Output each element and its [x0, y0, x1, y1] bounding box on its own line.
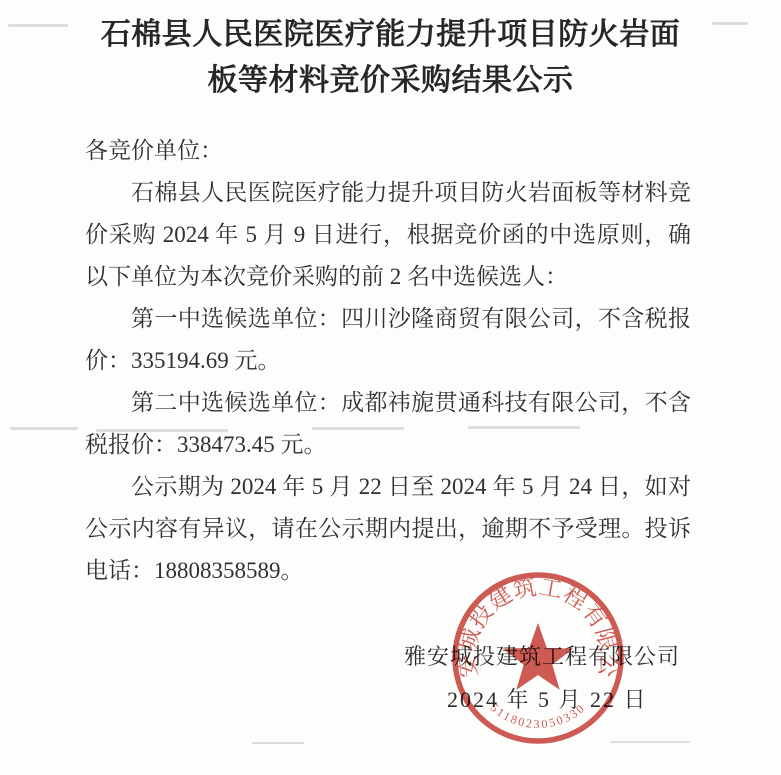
body-line: 公示内容有异议，请在公示期内提出，逾期不予受理。投诉	[85, 508, 691, 550]
seal-number-holder: 5118023050330	[488, 700, 589, 731]
body-line: 第一中选候选单位：四川沙隆商贸有限公司，不含税报	[85, 298, 691, 340]
body-line: 税报价：338473.45 元。	[85, 424, 691, 466]
page-title-line1: 石棉县人民医院医疗能力提升项目防火岩面	[101, 18, 681, 51]
body-line: 石棉县人民医院医疗能力提升项目防火岩面板等材料竞	[85, 172, 691, 214]
page-title-line2: 板等材料竞价采购结果公示	[208, 64, 574, 97]
body-line: 公示期为 2024 年 5 月 22 日至 2024 年 5 月 24 日，如对	[85, 466, 691, 508]
seal-star-icon	[503, 623, 573, 690]
page-title: 石棉县人民医院医疗能力提升项目防火岩面板等材料竞价采购结果公示	[61, 12, 721, 104]
scan-artifact	[10, 427, 78, 430]
scanned-document-page: 石棉县人民医院医疗能力提升项目防火岩面板等材料竞价采购结果公示 各竞价单位：石棉…	[0, 0, 781, 775]
company-seal: 雅安城投建筑工程有限公司 5118023050330	[438, 558, 638, 758]
scan-artifact	[8, 24, 68, 27]
body-line: 价：335194.69 元。	[85, 340, 691, 382]
seal-number: 5118023050330	[488, 700, 589, 731]
body-line: 价采购 2024 年 5 月 9 日进行，根据竞价函的中选原则，确定	[85, 214, 691, 256]
body-line: 第二中选候选单位：成都祎旎贯通科技有限公司，不含	[85, 382, 691, 424]
body-line: 以下单位为本次竞价采购的前 2 名中选候选人：	[85, 256, 691, 298]
body-line: 各竞价单位：	[85, 130, 691, 172]
scan-artifact	[252, 742, 304, 744]
document-body: 各竞价单位：石棉县人民医院医疗能力提升项目防火岩面板等材料竞价采购 2024 年…	[85, 130, 691, 592]
